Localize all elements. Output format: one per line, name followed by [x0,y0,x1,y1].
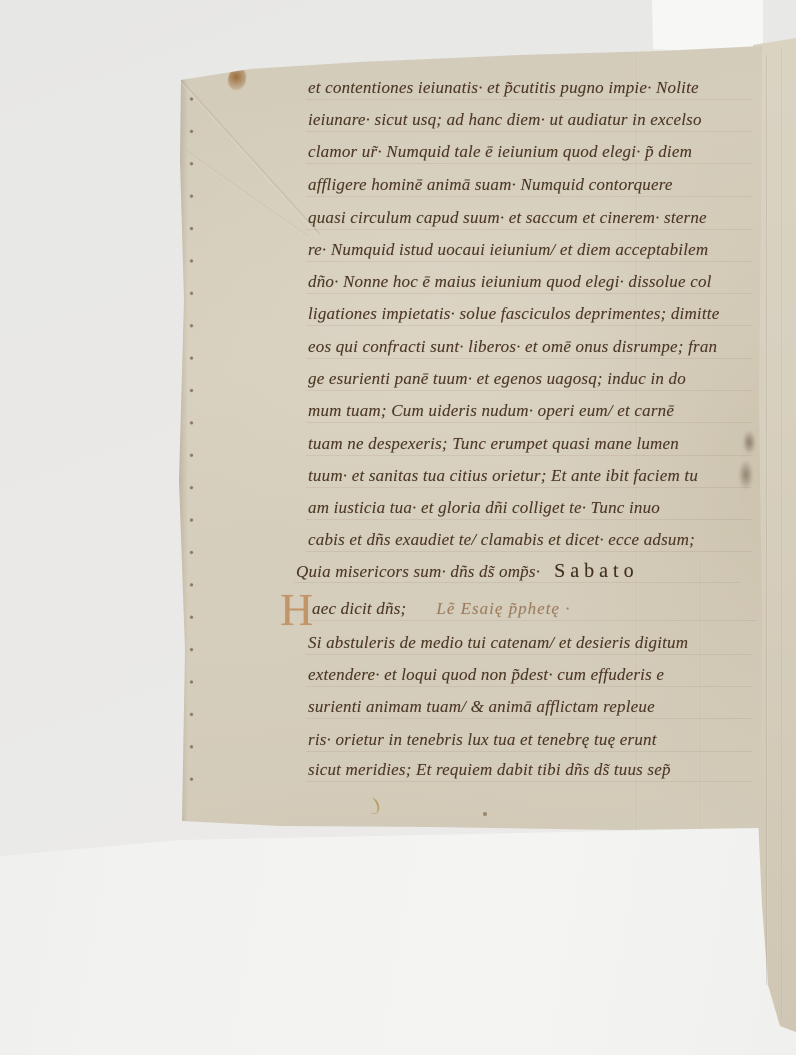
manuscript-text-line: Si abstuleris de medio tui catenam/ et d… [308,630,756,656]
text-block: et contentiones ieiunatis· et p̃cutitis … [0,0,796,1055]
manuscript-text-line: am iusticia tua· et gloria dñi colliget … [308,495,756,521]
line17-text: aec dicit dñs; [312,599,406,618]
manuscript-text-line: cabis et dñs exaudiet te/ clamabis et di… [308,527,756,553]
manuscript-photo: et contentiones ieiunatis· et p̃cutitis … [0,0,796,1055]
manuscript-text-line: affligere hominē animā suam· Numquid con… [308,172,756,198]
manuscript-text-line: surienti animam tuam/ & animā afflictam … [308,694,756,720]
manuscript-text-line: clamor ur̃· Numquid tale ē ieiunium quod… [308,139,756,165]
faded-rubric: Lẽ Esaię p̃phetę · [436,599,570,618]
manuscript-text-line: Quia misericors sum· dñs ds̃ omp̃s·Sabat… [296,558,744,584]
manuscript-text-line: aec dicit dñs;Lẽ Esaię p̃phetę · [312,596,760,622]
manuscript-text-line: et contentiones ieiunatis· et p̃cutitis … [308,75,756,101]
manuscript-text-line: re· Numquid istud uocaui ieiunium/ et di… [308,237,756,263]
rubric-sabato: Sabato [554,560,638,582]
manuscript-text-line: dño· Nonne hoc ē maius ieiunium quod ele… [308,269,756,295]
manuscript-text-line: eos qui confracti sunt· liberos· et omē … [308,334,756,360]
manuscript-text-line: ge esurienti panē tuum· et egenos uagosq… [308,366,756,392]
manuscript-text-line: mum tuam; Cum uideris nudum· operi eum/ … [308,398,756,424]
line16-main: Quia misericors sum· dñs ds̃ omp̃s· [296,562,540,581]
manuscript-text-line: sicut meridies; Et requiem dabit tibi dñ… [308,757,756,783]
manuscript-text-line: tuam ne despexeris; Tunc erumpet quasi m… [308,431,756,457]
manuscript-text-line: quasi circulum capud suum· et saccum et … [308,205,756,231]
manuscript-text-line: tuum· et sanitas tua citius orietur; Et … [308,463,756,489]
manuscript-text-line: ligationes impietatis· solue fasciculos … [308,301,756,327]
manuscript-text-line: ris· orietur in tenebris lux tua et tene… [308,727,756,753]
manuscript-text-line: extendere· et loqui quod non p̃dest· cum… [308,662,756,688]
manuscript-text-line: ieiunare· sicut usq; ad hanc diem· ut au… [308,107,756,133]
